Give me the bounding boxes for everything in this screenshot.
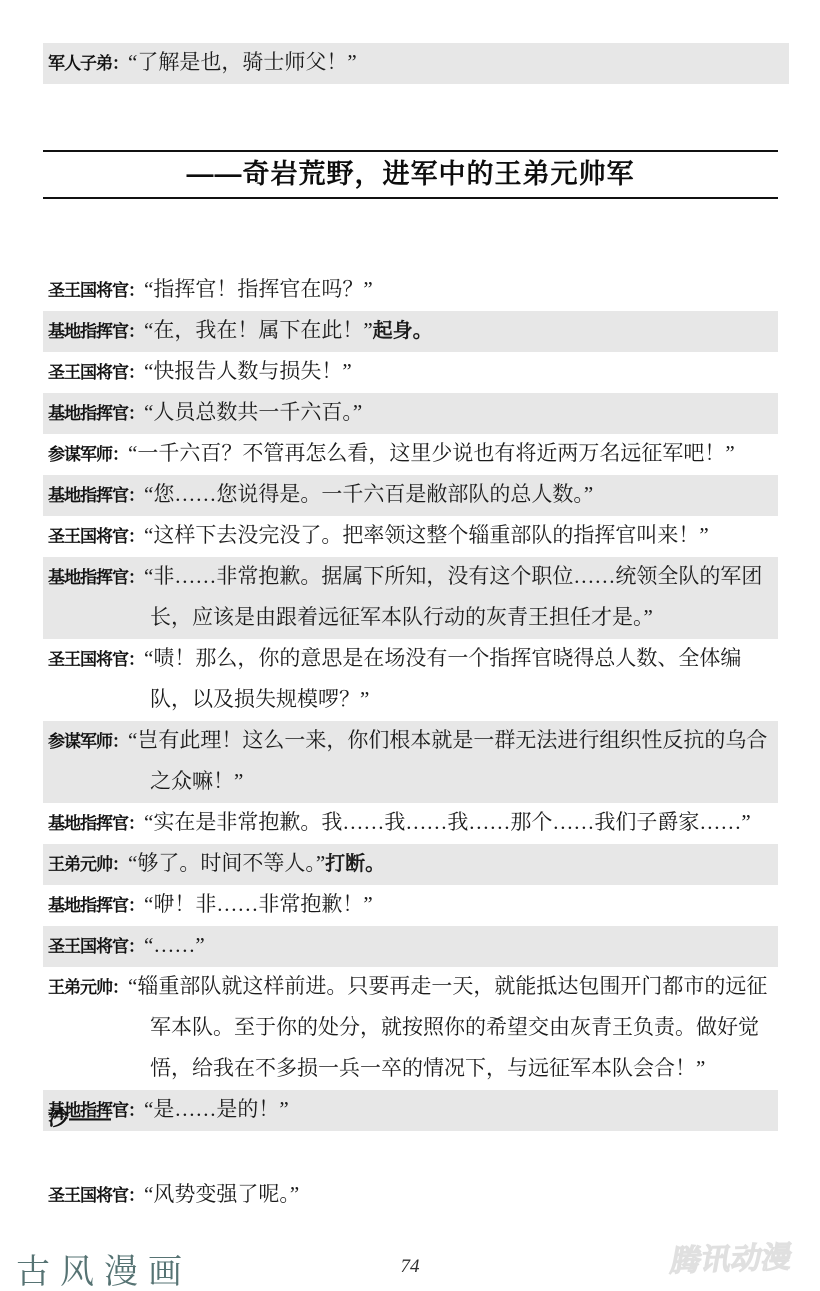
- action-note: 打断。: [325, 853, 385, 875]
- dialogue-row: 基地指挥官：“人员总数共一千六百。”: [43, 393, 778, 434]
- dialogue-line: 参谋军师：“一千六百？不管再怎么看，这里少说也有将近两万名远征军吧！”: [48, 434, 772, 475]
- dialogue-text: “一千六百？不管再怎么看，这里少说也有将近两万名远征军吧！”: [128, 441, 735, 465]
- dialogue-line: 基地指挥官：“实在是非常抱歉。我……我……我……那个……我们子爵家……”: [48, 803, 772, 844]
- speaker-name: 王弟元帅：: [48, 978, 128, 997]
- dialogue-line: 基地指挥官：“咿！非……非常抱歉！”: [48, 885, 772, 926]
- dialogue-line: 圣王国将官：“快报告人数与损失！”: [48, 352, 772, 393]
- dialogue-text: “在，我在！属下在此！”: [144, 318, 373, 342]
- dialogue-row: 圣王国将官：“这样下去没完没了。把率领这整个辎重部队的指挥官叫来！”: [43, 516, 778, 557]
- dialogue-row: 基地指挥官：“咿！非……非常抱歉！”: [43, 885, 778, 926]
- dialogue-row: 圣王国将官：“指挥官！指挥官在吗？”: [43, 270, 778, 311]
- dialogue-list: 圣王国将官：“指挥官！指挥官在吗？” 基地指挥官：“在，我在！属下在此！”起身。…: [43, 270, 778, 1131]
- dialogue-line: 基地指挥官：“您……您说得是。一千六百是敝部队的总人数。”: [48, 475, 772, 516]
- dialogue-line: 基地指挥官：“人员总数共一千六百。”: [48, 393, 772, 434]
- speaker-name: 基地指挥官：: [48, 814, 144, 833]
- speaker-name: 圣王国将官：: [48, 650, 144, 669]
- dialogue-text: “您……您说得是。一千六百是敝部队的总人数。”: [144, 482, 593, 506]
- dialogue-text: “实在是非常抱歉。我……我……我……那个……我们子爵家……”: [144, 810, 751, 834]
- dialogue-row: 参谋军师：“岂有此理！这么一来，你们根本就是一群无法进行组织性反抗的乌合之众嘛！…: [43, 721, 778, 803]
- speaker-name: 基地指挥官：: [48, 896, 144, 915]
- dialogue-row: 王弟元帅：“辎重部队就这样前进。只要再走一天，就能抵达包围开门都市的远征军本队。…: [43, 967, 778, 1090]
- dialogue-row: 基地指挥官：“实在是非常抱歉。我……我……我……那个……我们子爵家……”: [43, 803, 778, 844]
- closing-dialogue-row: 圣王国将官：“风势变强了呢。”: [43, 1175, 789, 1216]
- speaker-name: 基地指挥官：: [48, 322, 144, 341]
- dialogue-text: “咿！非……非常抱歉！”: [144, 892, 373, 916]
- speaker-name: 圣王国将官：: [48, 363, 144, 382]
- section-header: ——奇岩荒野，进军中的王弟元帅军: [43, 150, 778, 199]
- prelude-dialogue-row: 军人子弟：“了解是也，骑士师父！”: [43, 43, 789, 84]
- dialogue-line: 基地指挥官：“非……非常抱歉。据属下所知，没有这个职位……统领全队的军团长，应该…: [48, 557, 772, 639]
- dialogue-line: 王弟元帅：“够了。时间不等人。”打断。: [48, 844, 772, 885]
- dialogue-line: 王弟元帅：“辎重部队就这样前进。只要再走一天，就能抵达包围开门都市的远征军本队。…: [48, 967, 772, 1090]
- dialogue-text: “这样下去没完没了。把率领这整个辎重部队的指挥官叫来！”: [144, 523, 709, 547]
- dialogue-row: 基地指挥官：“非……非常抱歉。据属下所知，没有这个职位……统领全队的军团长，应该…: [43, 557, 778, 639]
- speaker-name: 圣王国将官：: [48, 527, 144, 546]
- dialogue-row: 王弟元帅：“够了。时间不等人。”打断。: [43, 844, 778, 885]
- dialogue-text: “岂有此理！这么一来，你们根本就是一群无法进行组织性反抗的乌合之众嘛！”: [128, 728, 767, 793]
- dialogue-text: “快报告人数与损失！”: [144, 359, 352, 383]
- dialogue-text: “非……非常抱歉。据属下所知，没有这个职位……统领全队的军团长，应该是由跟着远征…: [144, 564, 762, 629]
- document-page: 军人子弟：“了解是也，骑士师父！” ——奇岩荒野，进军中的王弟元帅军 圣王国将官…: [0, 0, 820, 1291]
- dialogue-line: 圣王国将官：“啧！那么，你的意思是在场没有一个指挥官晓得总人数、全体编队，以及损…: [48, 639, 772, 721]
- dialogue-text: “……”: [144, 933, 205, 957]
- action-note: 起身。: [373, 320, 433, 342]
- dialogue-text: “指挥官！指挥官在吗？”: [144, 277, 373, 301]
- section-title: ——奇岩荒野，进军中的王弟元帅军: [187, 159, 635, 189]
- dialogue-row: 圣王国将官：“快报告人数与损失！”: [43, 352, 778, 393]
- dialogue-text: “啧！那么，你的意思是在场没有一个指挥官晓得总人数、全体编队，以及损失规模啰？”: [144, 646, 741, 711]
- speaker-name: 基地指挥官：: [48, 486, 144, 505]
- dialogue-line: 基地指挥官：“在，我在！属下在此！”起身。: [48, 311, 772, 352]
- speaker-name: 参谋军师：: [48, 732, 128, 751]
- watermark-logo: 腾讯动漫: [668, 1232, 797, 1280]
- speaker-name: 圣王国将官：: [48, 281, 144, 300]
- dialogue-line: 圣王国将官：“风势变强了呢。”: [48, 1175, 783, 1216]
- speaker-name: 基地指挥官：: [48, 568, 144, 587]
- dialogue-line: 圣王国将官：“这样下去没完没了。把率领这整个辎重部队的指挥官叫来！”: [48, 516, 772, 557]
- speaker-name: 参谋军师：: [48, 445, 128, 464]
- dialogue-text: “了解是也，骑士师父！”: [128, 50, 357, 74]
- dialogue-line: 圣王国将官：“指挥官！指挥官在吗？”: [48, 270, 772, 311]
- dialogue-text: “人员总数共一千六百。”: [144, 400, 362, 424]
- dialogue-row: 参谋军师：“一千六百？不管再怎么看，这里少说也有将近两万名远征军吧！”: [43, 434, 778, 475]
- dialogue-line: 军人子弟：“了解是也，骑士师父！”: [48, 43, 783, 84]
- dialogue-text: “风势变强了呢。”: [144, 1182, 299, 1206]
- dialogue-text: “辎重部队就这样前进。只要再走一天，就能抵达包围开门都市的远征军本队。至于你的处…: [128, 974, 767, 1080]
- dialogue-row: 基地指挥官：“您……您说得是。一千六百是敝部队的总人数。”: [43, 475, 778, 516]
- dialogue-row: 基地指挥官：“是……是的！”: [43, 1090, 778, 1131]
- dialogue-text: “够了。时间不等人。”: [128, 851, 325, 875]
- dialogue-row: 圣王国将官：“啧！那么，你的意思是在场没有一个指挥官晓得总人数、全体编队，以及损…: [43, 639, 778, 721]
- dialogue-line: 参谋军师：“岂有此理！这么一来，你们根本就是一群无法进行组织性反抗的乌合之众嘛！…: [48, 721, 772, 803]
- dialogue-line: 基地指挥官：“是……是的！”: [48, 1090, 772, 1131]
- dialogue-line: 圣王国将官：“……”: [48, 926, 772, 967]
- speaker-name: 基地指挥官：: [48, 404, 144, 423]
- speaker-name: 军人子弟：: [48, 54, 128, 73]
- speaker-name: 王弟元帅：: [48, 855, 128, 874]
- narration-text: 沙——: [48, 1100, 111, 1138]
- dialogue-row: 基地指挥官：“在，我在！属下在此！”起身。: [43, 311, 778, 352]
- dialogue-text: “是……是的！”: [144, 1097, 289, 1121]
- speaker-name: 圣王国将官：: [48, 1186, 144, 1205]
- speaker-name: 圣王国将官：: [48, 937, 144, 956]
- dialogue-row: 圣王国将官：“……”: [43, 926, 778, 967]
